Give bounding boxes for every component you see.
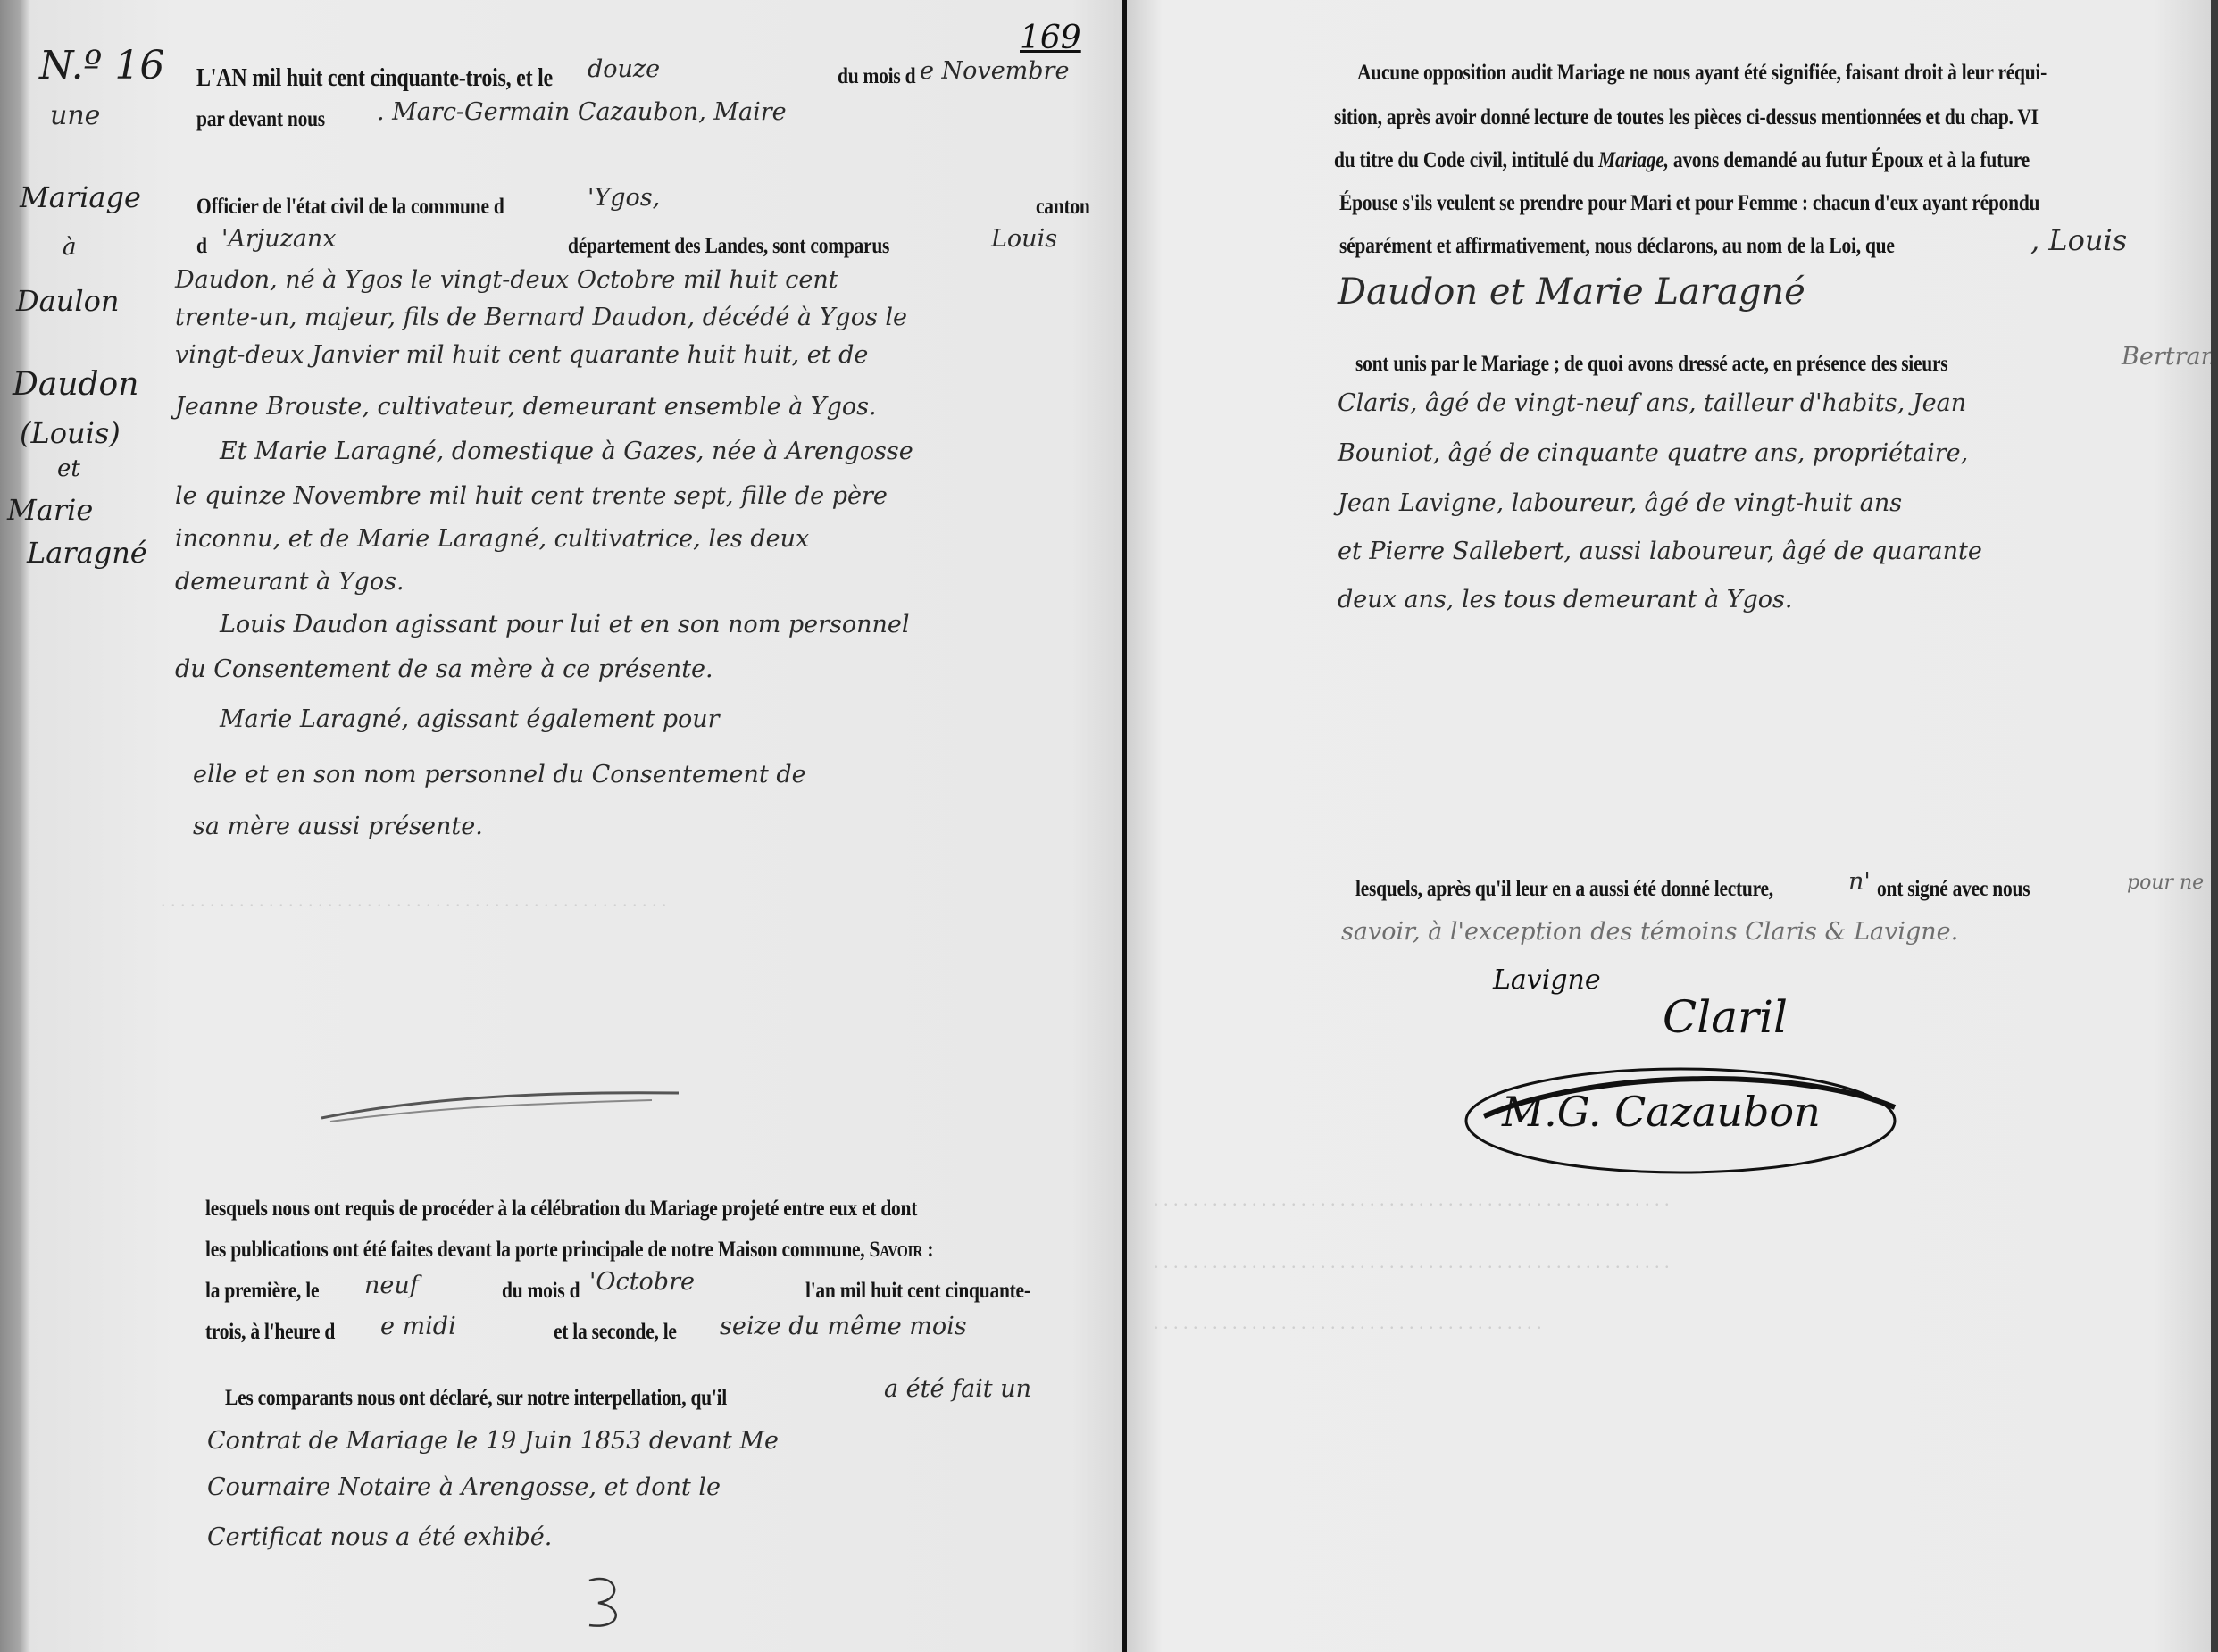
hand-month: e Novembre bbox=[920, 57, 1069, 85]
printed-departement: département des Landes, sont comparus bbox=[568, 234, 889, 259]
declare-line: séparément et affirmativement, nous décl… bbox=[1339, 234, 1895, 259]
margin-line: Marie bbox=[7, 493, 93, 527]
printed-officier: Officier de l'état civil de la commune d bbox=[196, 195, 504, 220]
hand-day: douze bbox=[588, 55, 660, 83]
witness-line: et Pierre Sallebert, aussi laboureur, âg… bbox=[1338, 538, 1982, 565]
hand-ne: n' bbox=[1848, 868, 1871, 896]
printed-du-mois: du mois d bbox=[838, 64, 915, 89]
printed-d: d bbox=[196, 234, 207, 259]
contract-line: Certificat nous a été exhibé. bbox=[207, 1523, 552, 1551]
ink-flourish-icon bbox=[313, 1080, 688, 1134]
printed-line-1: L'AN mil huit cent cinquante-trois, et l… bbox=[196, 64, 553, 93]
hand-contract-intro: a été fait un bbox=[884, 1375, 1031, 1403]
opposition-line: Aucune opposition audit Mariage ne nous … bbox=[1357, 61, 2047, 86]
bleed-through-text: . . . . . . . . . . . . . . . . . . . . … bbox=[1154, 1311, 1542, 1334]
premiere-label: la première, le bbox=[205, 1279, 319, 1304]
hand-groom-name: , Louis bbox=[2030, 223, 2127, 257]
contract-line: Cournaire Notaire à Arengosse, et dont l… bbox=[207, 1473, 721, 1501]
contract-line: Contrat de Mariage le 19 Juin 1853 devan… bbox=[207, 1427, 779, 1455]
paraph-icon bbox=[571, 1572, 643, 1634]
body-line: trente-un, majeur, fils de Bernard Daudo… bbox=[175, 304, 907, 331]
trois-label: trois, à l'heure d bbox=[205, 1320, 335, 1345]
witness-line: Bouniot, âgé de cinquante quatre ans, pr… bbox=[1338, 439, 1968, 467]
hand-groom-first-name: Louis bbox=[991, 225, 1057, 253]
body-line: vingt-deux Janvier mil huit cent quarant… bbox=[175, 341, 868, 369]
du-mois-label: du mois d bbox=[502, 1279, 580, 1304]
comparants-printed: Les comparants nous ont déclaré, sur not… bbox=[225, 1386, 727, 1411]
epouse-line: Épouse s'ils veulent se prendre pour Mar… bbox=[1339, 191, 2039, 216]
hand-commune: 'Ygos, bbox=[588, 184, 660, 212]
signature-mayor: M.G. Cazaubon bbox=[1502, 1088, 1821, 1136]
bleed-through-text: . . . . . . . . . . . . . . . . . . . . … bbox=[161, 889, 667, 912]
unis-printed: sont unis par le Mariage ; de quoi avons… bbox=[1355, 352, 1947, 377]
hand-first-pub-month: 'Octobre bbox=[589, 1268, 695, 1296]
body-line: inconnu, et de Marie Laragné, cultivatri… bbox=[175, 525, 809, 553]
body-line: du Consentement de sa mère à ce présente… bbox=[175, 655, 713, 683]
signing-printed-b: ont signé avec nous bbox=[1877, 877, 2030, 902]
act-number: N.º 16 bbox=[39, 43, 164, 88]
body-line: elle et en son nom personnel du Consente… bbox=[193, 761, 806, 788]
margin-line: à bbox=[63, 234, 77, 261]
mariage-italic: Mariage, bbox=[1598, 148, 1669, 172]
seconde-label: et la seconde, le bbox=[554, 1320, 677, 1345]
body-line: Louis Daudon agissant pour lui et en son… bbox=[220, 611, 910, 638]
spouses-names: Daudon et Marie Laragné bbox=[1338, 271, 1805, 313]
hand-second-pub-date: seize du même mois bbox=[720, 1313, 967, 1340]
folio-number: 169 bbox=[1020, 20, 1081, 56]
body-line: Jeanne Brouste, cultivateur, demeurant e… bbox=[175, 393, 877, 421]
signing-printed: lesquels, après qu'il leur en a aussi ét… bbox=[1355, 877, 1773, 902]
hand-pour-ne: pour ne bbox=[2127, 872, 2204, 894]
an-mil-label: l'an mil huit cent cinquante- bbox=[805, 1279, 1030, 1304]
hand-exception-line: savoir, à l'exception des témoins Claris… bbox=[1341, 918, 1958, 946]
printed-par-devant: par devant nous bbox=[196, 107, 325, 132]
hand-mayor-name: . Marc-Germain Cazaubon, Maire bbox=[377, 98, 787, 126]
signature-lavigne: Lavigne bbox=[1493, 964, 1601, 996]
margin-line: et bbox=[57, 455, 80, 482]
margin-line: Laragné bbox=[27, 536, 147, 570]
margin-line: Mariage bbox=[20, 180, 141, 214]
body-line: le quinze Novembre mil huit cent trente … bbox=[175, 482, 888, 510]
body-line: sa mère aussi présente. bbox=[193, 813, 483, 840]
savoir-label: Savoir bbox=[870, 1238, 923, 1262]
bleed-through-text: . . . . . . . . . . . . . . . . . . . . … bbox=[1154, 1250, 1670, 1273]
act-number-word: une bbox=[50, 100, 100, 131]
colon: : bbox=[927, 1238, 933, 1262]
code-text: avons demandé au futur Époux et à la fut… bbox=[1673, 148, 2030, 172]
hand-witness-first: Bertrand bbox=[2122, 343, 2218, 371]
body-line: Et Marie Laragné, domestique à Gazes, né… bbox=[220, 438, 913, 465]
left-page: N.º 16 une 169 Mariage à Daulon Daudon (… bbox=[0, 0, 1123, 1652]
publications-line-2: les publications ont été faites devant l… bbox=[205, 1238, 933, 1263]
body-line: demeurant à Ygos. bbox=[175, 568, 404, 596]
publications-text: les publications ont été faites devant l… bbox=[205, 1238, 864, 1262]
code-text: du titre du Code civil, intitulé du bbox=[1334, 148, 1594, 172]
hand-canton: 'Arjuzanx bbox=[221, 225, 337, 253]
signature-claris: Claril bbox=[1663, 991, 1788, 1043]
hand-first-pub-day: neuf bbox=[364, 1272, 419, 1299]
margin-line: Daudon bbox=[13, 366, 138, 403]
code-civil-line: du titre du Code civil, intitulé du Mari… bbox=[1334, 148, 2030, 173]
opposition-line: sition, après avoir donné lecture de tou… bbox=[1334, 105, 2039, 130]
body-line: Daudon, né à Ygos le vingt-deux Octobre … bbox=[175, 266, 838, 294]
scan-edge bbox=[2211, 0, 2218, 1652]
hand-hour: e midi bbox=[380, 1313, 456, 1340]
witness-line: deux ans, les tous demeurant à Ygos. bbox=[1338, 586, 1793, 613]
margin-line: Daulon bbox=[16, 284, 119, 318]
right-page: Aucune opposition audit Mariage ne nous … bbox=[1127, 0, 2218, 1652]
witness-line: Jean Lavigne, laboureur, âgé de vingt-hu… bbox=[1338, 489, 1902, 517]
printed-canton: canton bbox=[1036, 195, 1090, 220]
margin-line: (Louis) bbox=[20, 416, 121, 450]
body-line: Marie Laragné, agissant également pour bbox=[220, 705, 720, 733]
publications-line-1: lesquels nous ont requis de procéder à l… bbox=[205, 1197, 917, 1222]
bleed-through-text: . . . . . . . . . . . . . . . . . . . . … bbox=[1154, 1188, 1670, 1211]
witness-line: Claris, âgé de vingt-neuf ans, tailleur … bbox=[1338, 389, 1966, 417]
